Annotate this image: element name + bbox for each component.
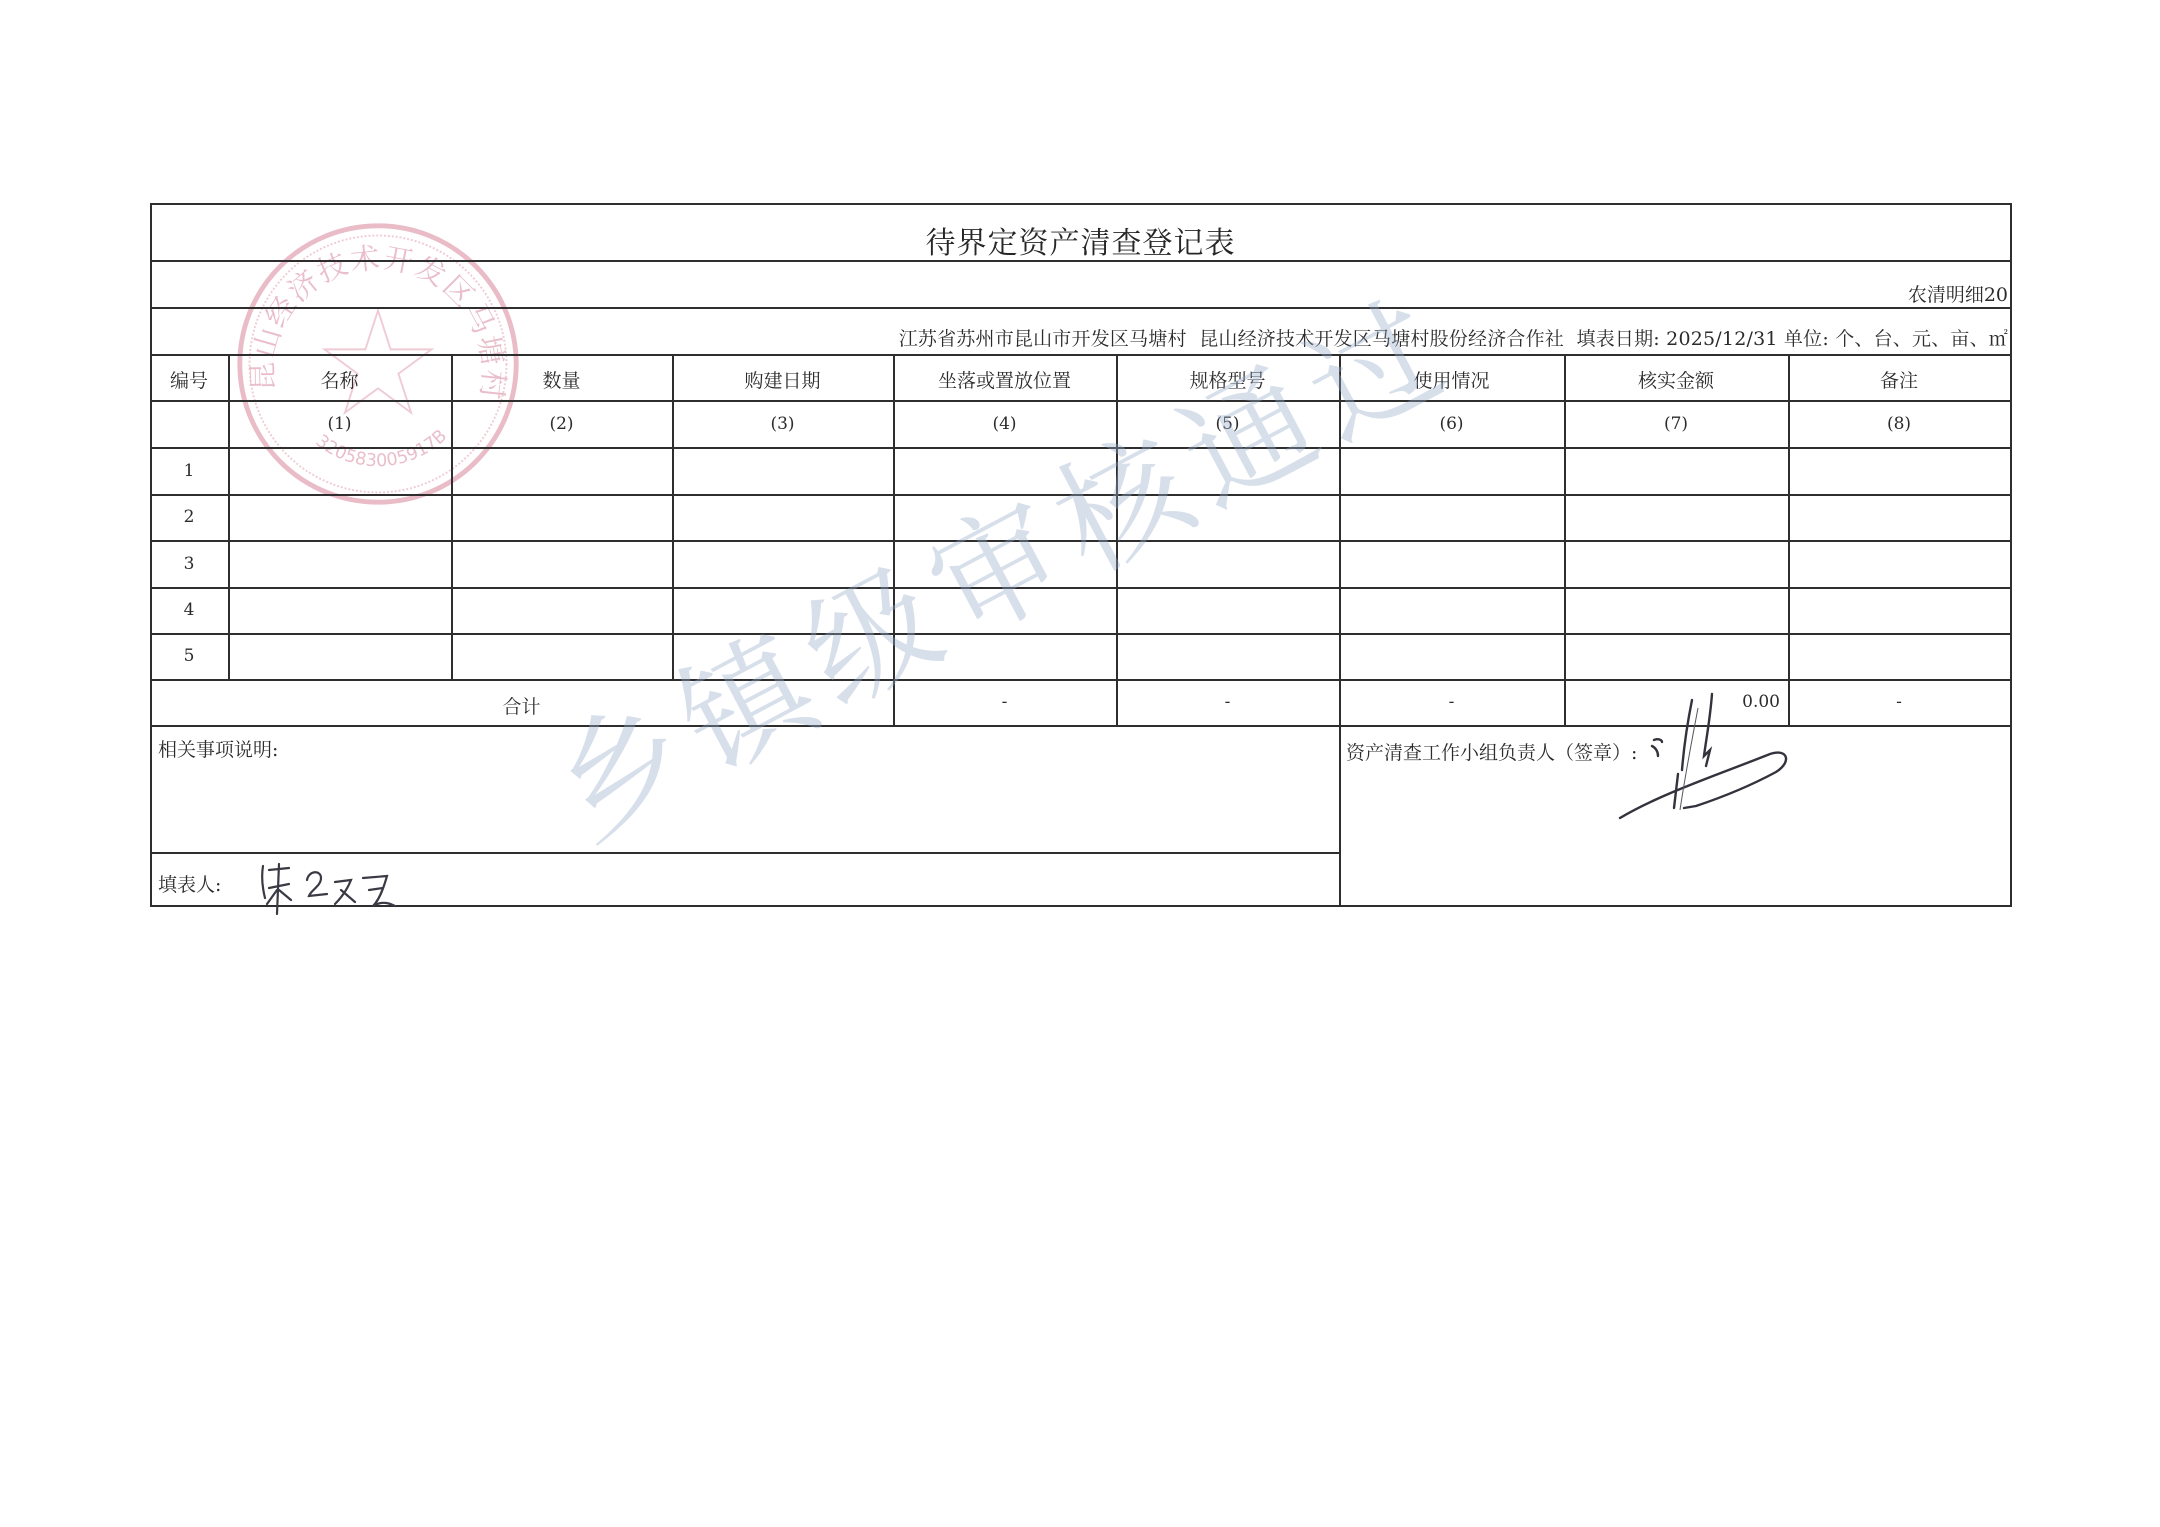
leader-signature [1600, 690, 1860, 840]
column-header-amount: 核实金额 [1564, 366, 1788, 393]
table-row-number: 1 [150, 461, 228, 481]
column-index-2: (2) [451, 414, 672, 434]
asset-register-form: 昆山经济技术开发区马塘村股份经济合作社 320583005917B 待界定资产清… [0, 0, 2160, 1527]
total-amount: 0.00 [1564, 692, 1780, 712]
form-code: 农清明细20 [1908, 280, 2008, 307]
table-row-number: 4 [150, 600, 228, 620]
column-index-5: (5) [1116, 414, 1339, 434]
column-header-quantity: 数量 [451, 366, 672, 393]
table-row-number: 3 [150, 554, 228, 574]
column-index-4: (4) [893, 414, 1116, 434]
column-index-1: (1) [228, 414, 451, 434]
column-header-spec: 规格型号 [1116, 366, 1339, 393]
organization-text: 昆山经济技术开发区马塘村股份经济合作社 [1199, 328, 1564, 350]
unit-values: 个、台、元、亩、㎡ [1835, 328, 2008, 350]
column-index-3: (3) [672, 414, 893, 434]
column-header-usage: 使用情况 [1339, 366, 1564, 393]
total-usage: - [1339, 692, 1564, 712]
column-index-8: (8) [1788, 414, 2010, 434]
column-header-location: 坐落或置放位置 [893, 366, 1116, 393]
region-text: 江苏省苏州市昆山市开发区马塘村 [899, 328, 1187, 350]
table-row-number: 5 [150, 646, 228, 666]
unit-label: 单位: [1784, 328, 1829, 350]
total-spec: - [1116, 692, 1339, 712]
total-location: - [893, 692, 1116, 712]
fill-date-value: 2025/12/31 [1666, 328, 1778, 350]
column-header-name: 名称 [228, 366, 451, 393]
total-label: 合计 [150, 692, 893, 719]
table-row-number: 2 [150, 507, 228, 527]
column-index-6: (6) [1339, 414, 1564, 434]
total-remark: - [1788, 692, 2010, 712]
column-header-remark: 备注 [1788, 366, 2010, 393]
column-header-purchase-date: 购建日期 [672, 366, 893, 393]
leader-sign-label: 资产清查工作小组负责人（签章）: [1346, 738, 1637, 765]
filler-signature [255, 860, 435, 920]
fill-date-label: 填表日期: [1577, 328, 1660, 350]
column-header-number: 编号 [150, 366, 228, 393]
form-info-line: 江苏省苏州市昆山市开发区马塘村 昆山经济技术开发区马塘村股份经济合作社 填表日期… [899, 324, 2008, 351]
form-title: 待界定资产清查登记表 [150, 218, 2011, 262]
column-index-7: (7) [1564, 414, 1788, 434]
filler-label: 填表人: [158, 870, 221, 897]
notes-label: 相关事项说明: [158, 735, 278, 762]
